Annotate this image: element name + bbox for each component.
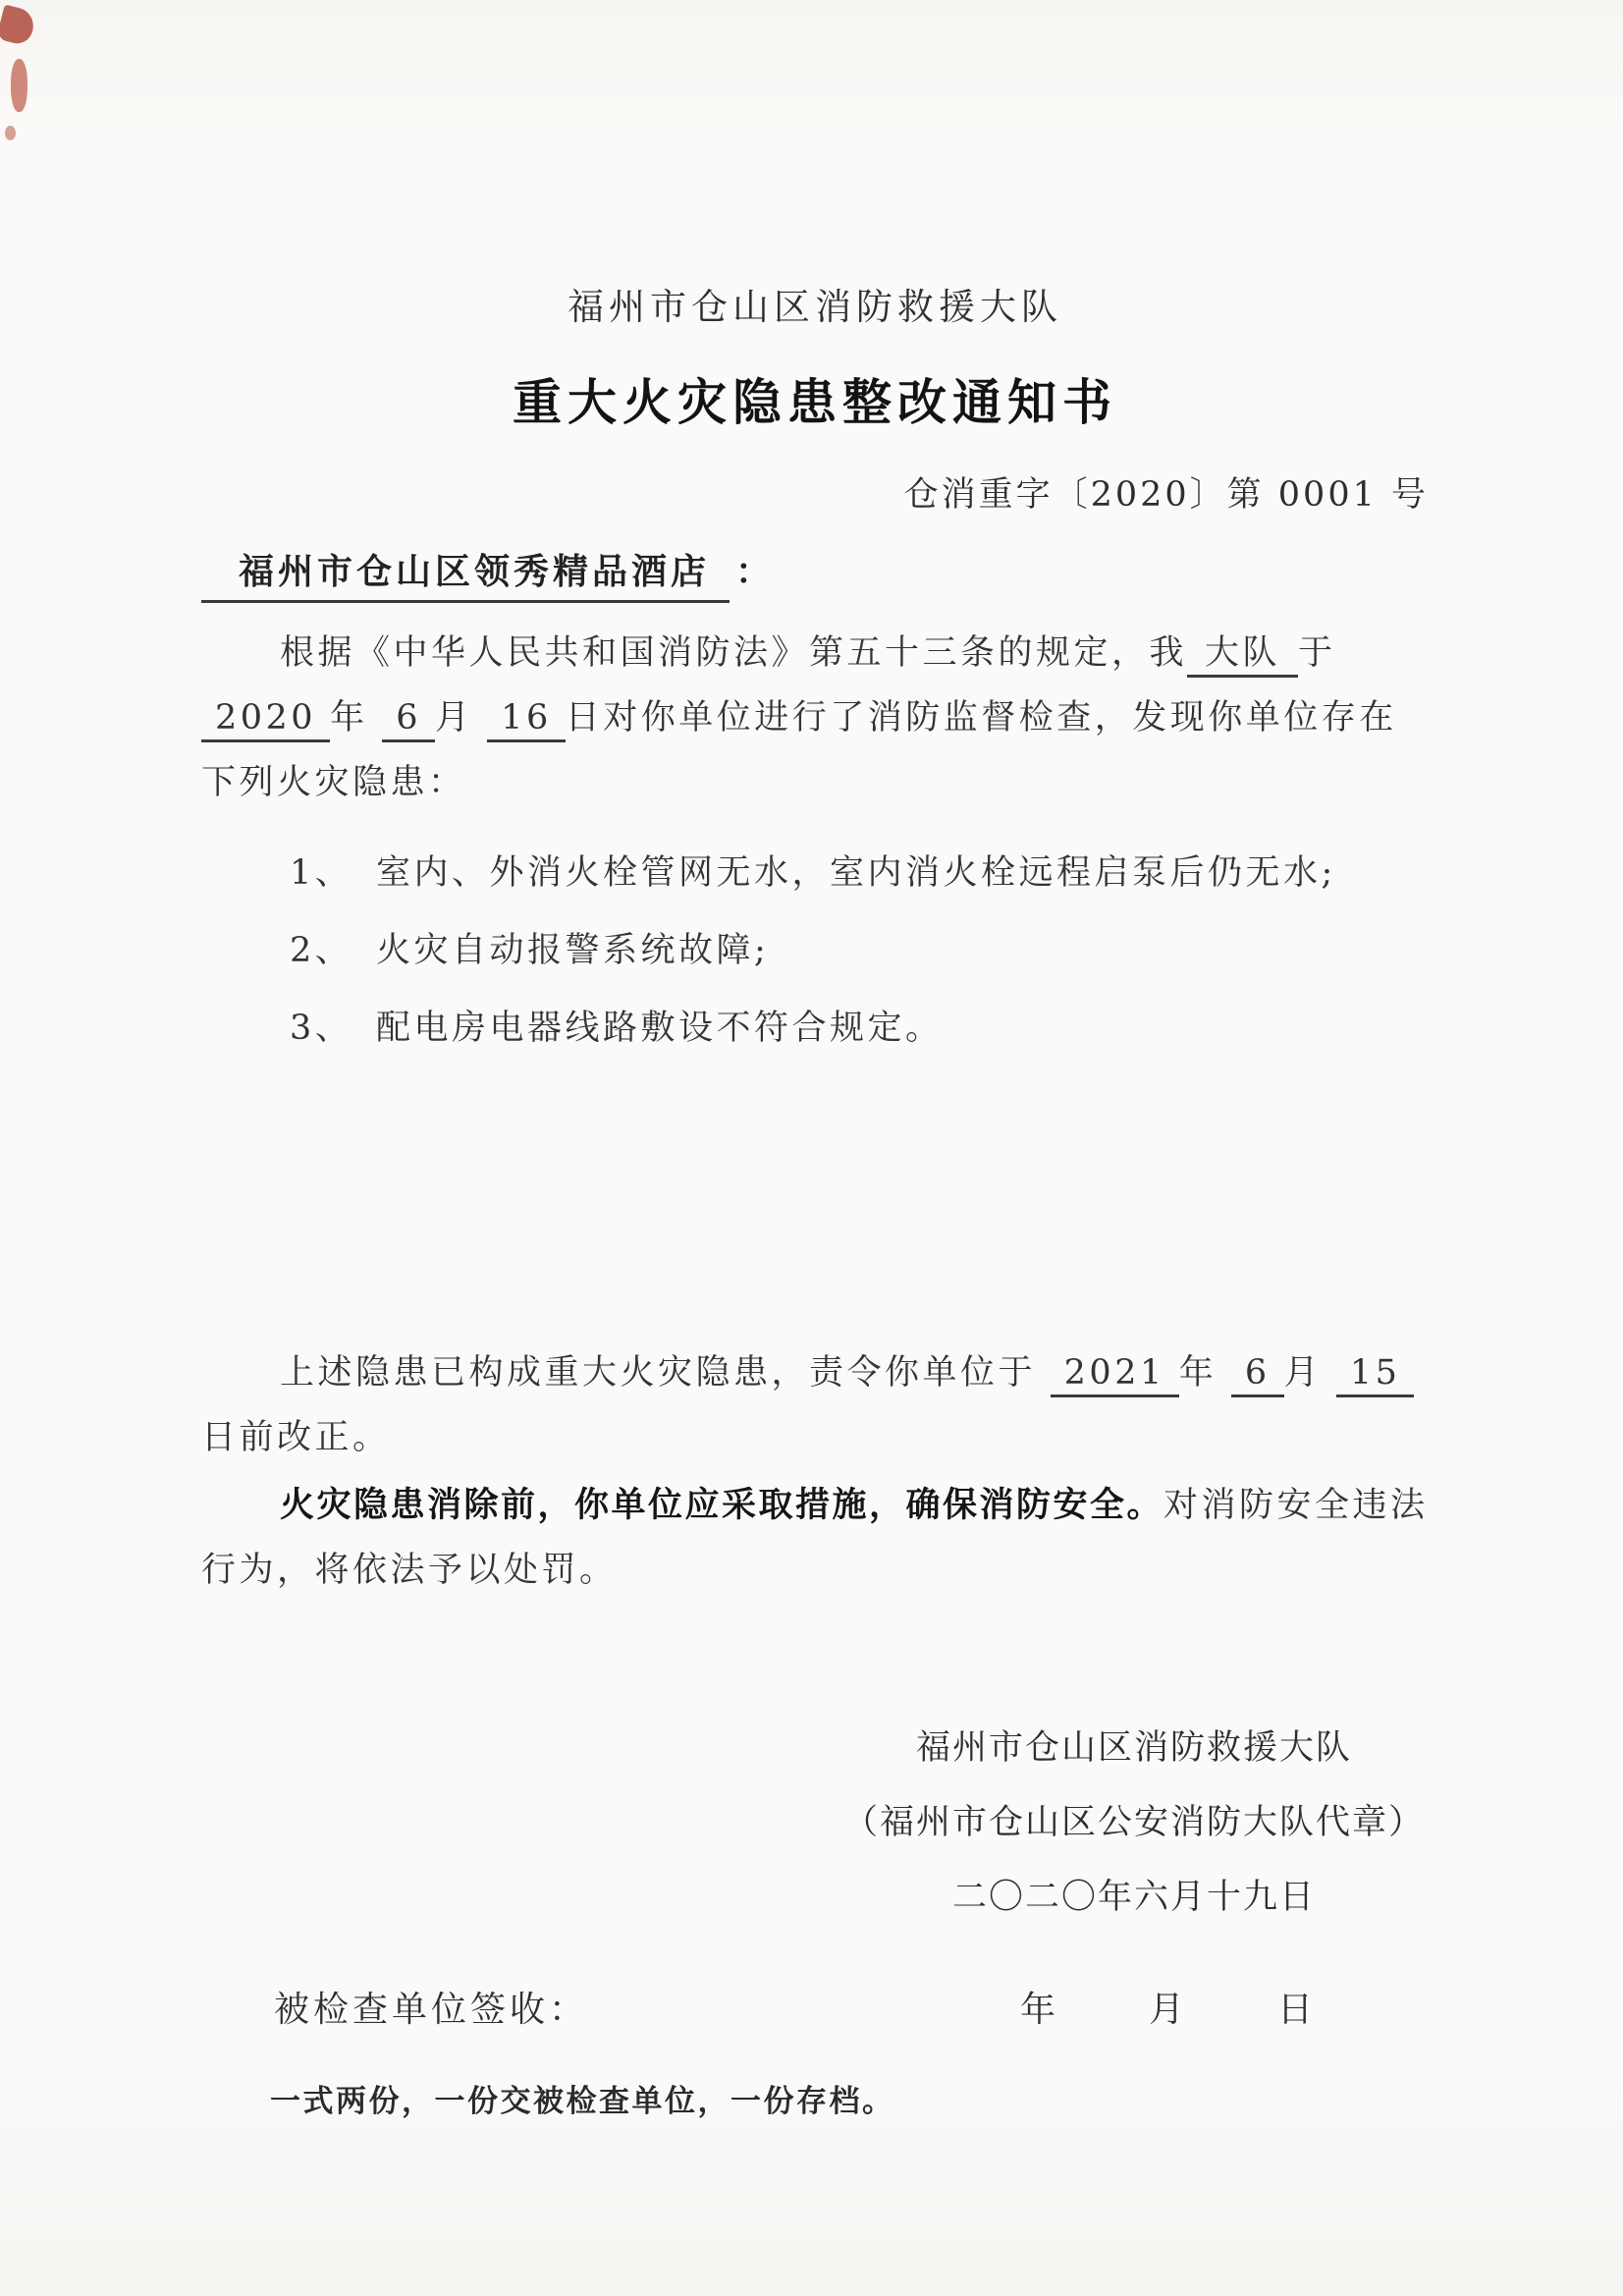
signoff-date-blanks: 年 月 日 (1020, 1982, 1313, 2032)
signature-block: 福州市仓山区消防救援大队 （福州市仓山区公安消防大队代章） 二〇二〇年六月十九日 (839, 1711, 1429, 1935)
hazard-number: 1、 (290, 841, 376, 905)
paragraph-warning: 火灾隐患消除前，你单位应采取措施，确保消防安全。对消防安全违法行为，将依法予以处… (201, 1473, 1429, 1603)
signature-date: 二〇二〇年六月十九日 (839, 1860, 1429, 1935)
month-label: 月 (435, 698, 473, 738)
deadline-month-field: 6 (1231, 1353, 1284, 1397)
inspection-result-text: 日对你单位进行了消防监督检查，发现你单位存在下列火灾隐患： (201, 698, 1397, 802)
hazard-text: 火灾自动报警系统故障; (376, 931, 769, 970)
deadline-year-field: 2021 (1051, 1353, 1179, 1397)
hazard-item: 2、火灾自动报警系统故障; (201, 918, 1429, 983)
year-label: 年 (330, 698, 368, 738)
unit-field: 大队 (1187, 633, 1298, 678)
hazard-item: 1、室内、外消火栓管网无水，室内消火栓远程启泵后仍无水; (201, 841, 1429, 905)
issuing-agency: 福州市仓山区消防救援大队 (201, 277, 1429, 330)
hazard-list: 1、室内、外消火栓管网无水，室内消火栓远程启泵后仍无水; 2、火灾自动报警系统故… (201, 841, 1429, 1061)
hazard-number: 2、 (290, 918, 376, 983)
conjunction-text: 于 (1298, 633, 1336, 673)
hazard-number: 3、 (290, 996, 376, 1061)
scan-artifact (11, 59, 27, 112)
signoff-month-label: 月 (1149, 1982, 1184, 2032)
scan-artifact (5, 126, 16, 140)
recipient-colon: ： (735, 551, 771, 592)
inspection-year-field: 2020 (201, 698, 330, 742)
recipient-name: 福州市仓山区领秀精品酒店 (201, 544, 730, 603)
hazard-text: 配电房电器线路敷设不符合规定。 (376, 1009, 944, 1048)
signoff-year-label: 年 (1020, 1982, 1055, 2032)
scan-artifact (0, 4, 37, 46)
paragraph-legal-basis: 根据《中华人民共和国消防法》第五十三条的规定，我大队于 2020年 6月 16日… (201, 621, 1429, 815)
warning-bold-text: 火灾隐患消除前，你单位应采取措施，确保消防安全。 (280, 1486, 1163, 1525)
signoff-label: 被检查单位签收： (274, 1982, 588, 2032)
deadline-day-field: 15 (1336, 1353, 1415, 1397)
signoff-day-label: 日 (1277, 1982, 1313, 2032)
deadline-text: 上述隐患已构成重大火灾隐患，责令你单位于 (280, 1353, 1036, 1393)
deadline-rest-text: 日前改正。 (201, 1418, 391, 1457)
document-number: 仓消重字〔2020〕第 0001 号 (201, 467, 1429, 517)
scanned-notice-page: 福州市仓山区消防救援大队 重大火灾隐患整改通知书 仓消重字〔2020〕第 000… (0, 0, 1623, 2296)
signature-agency: 福州市仓山区消防救援大队 (839, 1711, 1429, 1785)
distribution-footnote: 一式两份，一份交被检查单位，一份存档。 (270, 2076, 1429, 2120)
document-title: 重大火灾隐患整改通知书 (201, 373, 1429, 432)
recipient-line: 福州市仓山区领秀精品酒店： (201, 544, 1429, 603)
paragraph-deadline: 上述隐患已构成重大火灾隐患，责令你单位于 2021年 6月 15日前改正。 (201, 1340, 1429, 1470)
deadline-year-label: 年 (1179, 1353, 1217, 1393)
hazard-item: 3、配电房电器线路敷设不符合规定。 (201, 996, 1429, 1061)
inspection-day-field: 16 (487, 698, 566, 742)
deadline-month-label: 月 (1284, 1353, 1323, 1393)
hazard-text: 室内、外消火栓管网无水，室内消火栓远程启泵后仍无水; (376, 853, 1336, 893)
signoff-row: 被检查单位签收： 年 月 日 (201, 1982, 1429, 2032)
legal-basis-text: 根据《中华人民共和国消防法》第五十三条的规定，我 (280, 633, 1187, 673)
signature-seal-note: （福州市仓山区公安消防大队代章） (839, 1785, 1429, 1860)
inspection-month-field: 6 (382, 698, 435, 742)
document-content: 福州市仓山区消防救援大队 重大火灾隐患整改通知书 仓消重字〔2020〕第 000… (201, 0, 1429, 2120)
